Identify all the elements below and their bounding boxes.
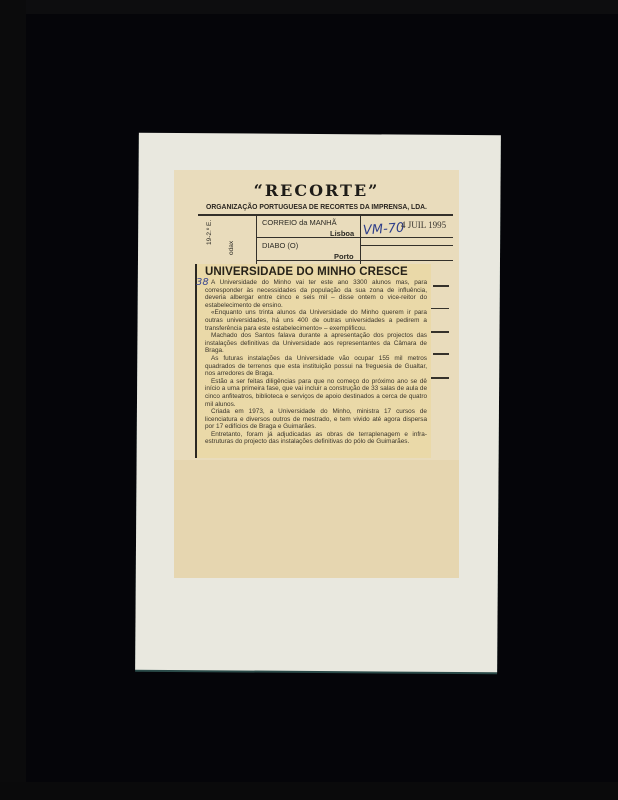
article-paragraph: A Universidade do Minho vai ter este ano… [205,279,427,309]
article-paragraph: Machado dos Santos falava durante a apre… [205,332,427,355]
publication-name: CORREIO da MANHÃ [262,218,337,227]
article-paragraph: Criada em 1973, a Universidade do Minho,… [205,408,427,431]
table-rule-top [198,214,453,216]
frame-left-edge [0,0,26,800]
stamp-underline [360,245,453,246]
table-rule-mid [360,214,361,264]
article-paragraph: Entretanto, foram já adjudicadas as obra… [205,431,427,446]
clipping-service-name: “RECORTE” [174,181,459,200]
table-rule-bottom [256,260,453,261]
article-clipping: UNIVERSIDADE DO MINHO CRESCE A Universid… [195,264,431,458]
frame-top-edge [0,0,618,14]
publication-city: Lisboa [330,229,354,238]
side-code: 19-2.º E. [206,220,213,245]
margin-mark [431,331,449,333]
margin-mark [431,377,449,379]
article-body: A Universidade do Minho vai ter este ano… [205,279,427,446]
frame-bottom-edge [0,782,618,800]
article-headline: UNIVERSIDADE DO MINHO CRESCE [205,266,427,278]
margin-mark [433,353,449,355]
article-paragraph: «Enquanto uns trinta alunos da Universid… [205,309,427,332]
margin-mark [433,285,449,287]
margin-mark [431,308,449,309]
clipping-service-subtitle: ORGANIZAÇÃO PORTUGUESA DE RECORTES DA IM… [185,202,447,211]
side-code: odax [228,241,235,255]
article-paragraph: As futuras instalações da Universidade v… [205,355,427,378]
clipping-slip-lower [174,460,459,578]
article-paragraph: Estão a ser feitas diligências para que … [205,378,427,408]
table-rule-left [256,214,257,264]
handwritten-margin-note: 38 [196,277,209,288]
handwritten-reference: VM-70 [363,221,405,239]
publication-city: Porto [334,252,354,261]
table-rule-row [256,237,453,238]
date-stamp: 4 JUIL 1995 [401,220,446,230]
publication-name: DIABO (O) [262,241,298,250]
